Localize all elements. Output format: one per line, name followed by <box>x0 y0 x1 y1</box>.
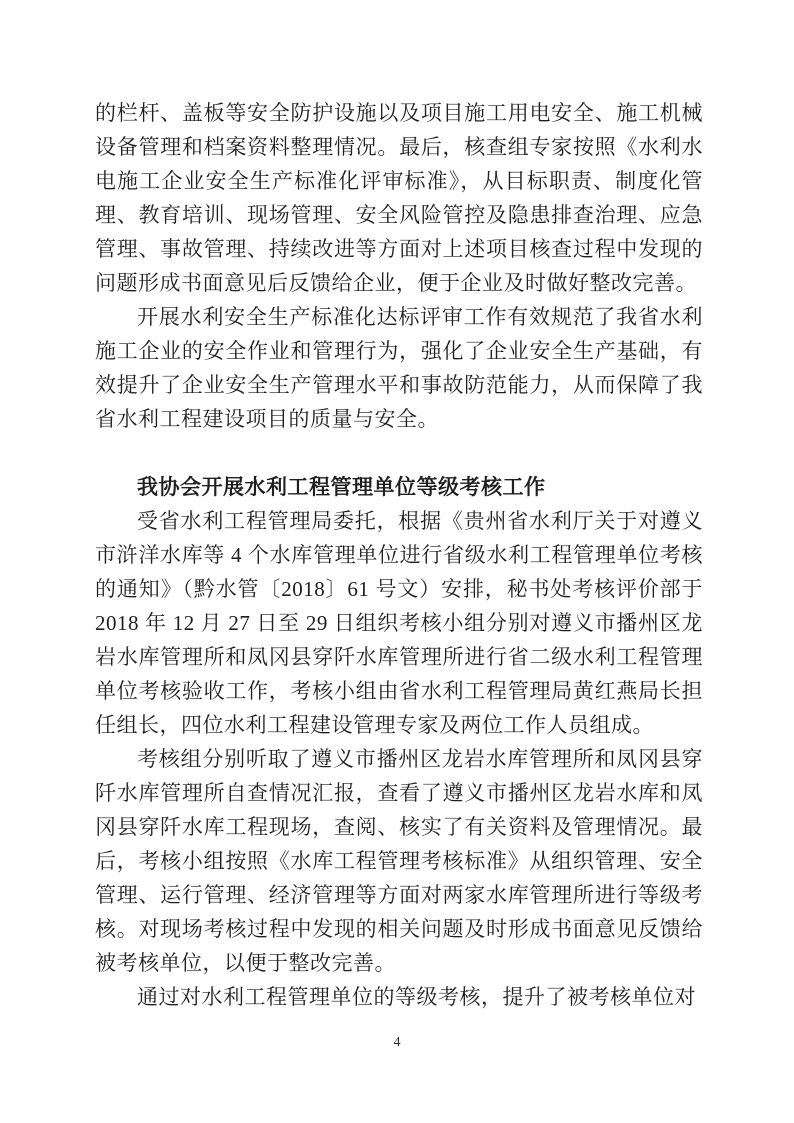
document-page: 的栏杆、盖板等安全防护设施以及项目施工用电安全、施工机械设备管理和档案资料整理情… <box>0 0 794 1123</box>
paragraph-assessment-process: 考核组分别听取了遵义市播州区龙岩水库管理所和凤冈县穿阡水库管理所自查情况汇报，查… <box>95 742 703 980</box>
paragraph-safety-inspection-continuation: 的栏杆、盖板等安全防护设施以及项目施工用电安全、施工机械设备管理和档案资料整理情… <box>95 96 703 300</box>
paragraph-assessment-result-partial: 通过对水利工程管理单位的等级考核，提升了被考核单位对 <box>95 980 703 1014</box>
section-heading-grade-assessment: 我协会开展水利工程管理单位等级考核工作 <box>95 470 703 504</box>
document-content: 的栏杆、盖板等安全防护设施以及项目施工用电安全、施工机械设备管理和档案资料整理情… <box>95 96 703 1014</box>
page-number: 4 <box>0 1035 794 1051</box>
paragraph-assessment-arrangement: 受省水利工程管理局委托，根据《贵州省水利厅关于对遵义市浒洋水库等 4 个水库管理… <box>95 504 703 742</box>
paragraph-standardization-summary: 开展水利安全生产标准化达标评审工作有效规范了我省水利施工企业的安全作业和管理行为… <box>95 300 703 436</box>
